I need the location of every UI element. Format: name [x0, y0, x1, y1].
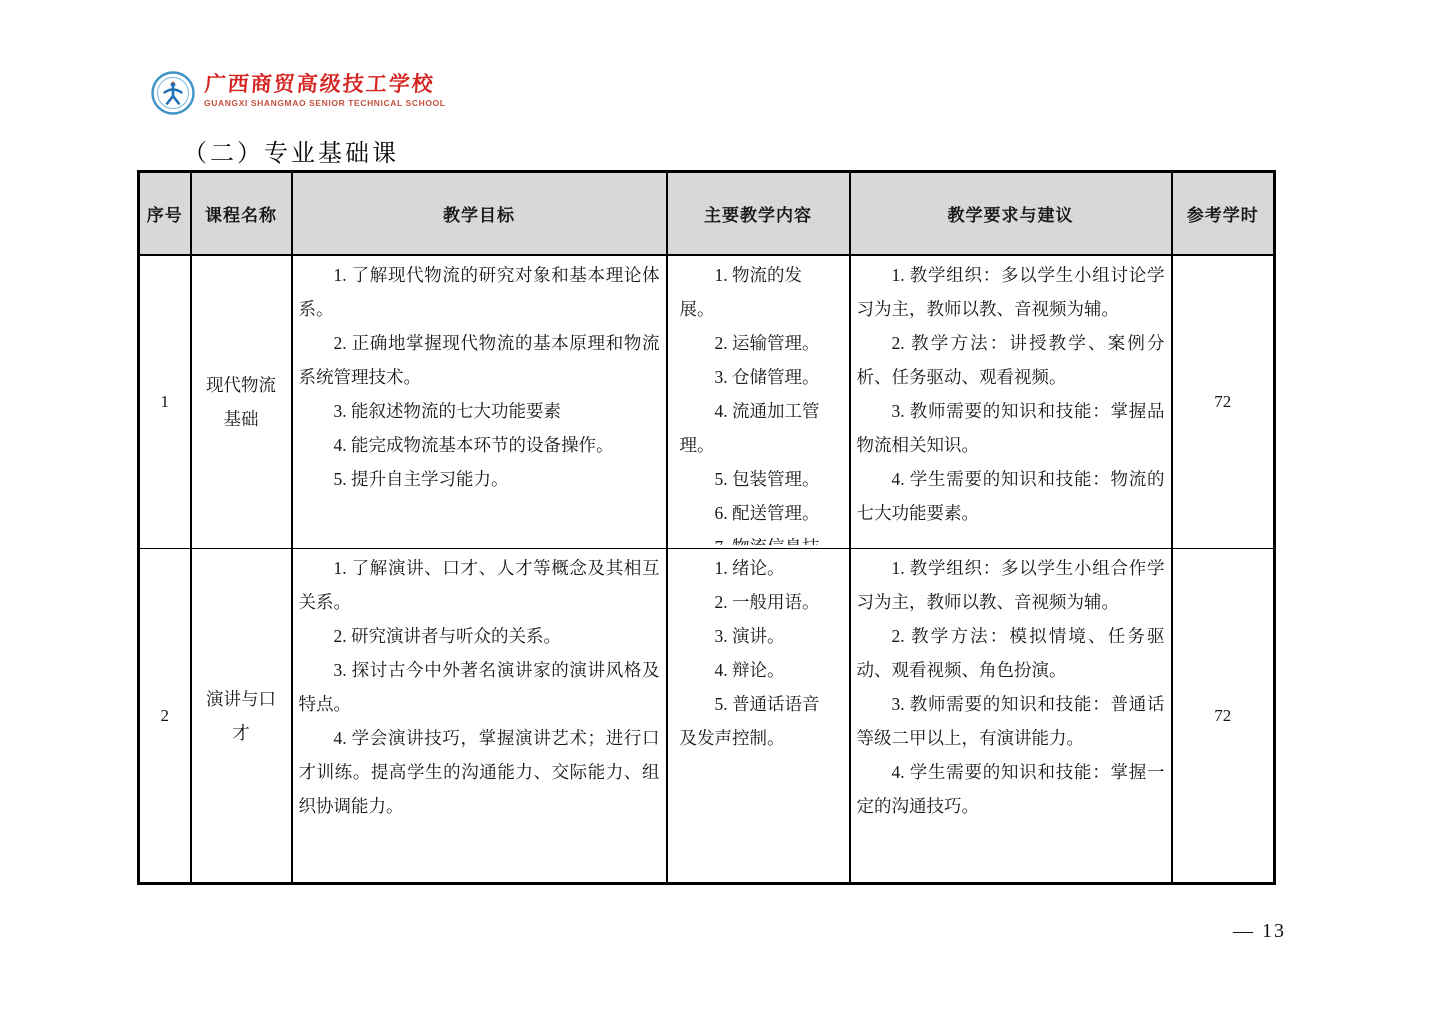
objective-item: 4. 学会演讲技巧，掌握演讲艺术；进行口才训练。提高学生的沟通能力、交际能力、组… — [299, 721, 660, 823]
col-header-course: 课程名称 — [191, 172, 292, 255]
content-item: 2. 运输管理。 — [680, 326, 837, 360]
content-item: 1. 物流的发展。 — [680, 258, 837, 326]
requirement-item: 2. 教学方法：讲授教学、案例分析、任务驱动、观看视频。 — [857, 326, 1165, 394]
requirement-item: 3. 教师需要的知识和技能：普通话等级二甲以上，有演讲能力。 — [857, 687, 1165, 755]
cell-row1-no: 1 — [139, 255, 191, 549]
content-item: 2. 一般用语。 — [680, 585, 837, 619]
cell-row2-requirements: 1. 教学组织：多以学生小组合作学习为主，教师以教、音视频为辅。2. 教学方法：… — [850, 549, 1172, 884]
content-item: 4. 流通加工管理。 — [680, 394, 837, 462]
cell-row2-objectives: 1. 了解演讲、口才、人才等概念及其相互关系。2. 研究演讲者与听众的关系。3.… — [292, 549, 667, 884]
school-name-en: GUANGXI SHANGMAO SENIOR TECHNICAL SCHOOL — [204, 98, 446, 108]
objective-item: 4. 能完成物流基本环节的设备操作。 — [299, 428, 660, 462]
content-item: 5. 普通话语音及发声控制。 — [680, 687, 837, 755]
school-logo: 广西商贸高级技工学校 GUANGXI SHANGMAO SENIOR TECHN… — [151, 71, 446, 115]
school-logo-text: 广西商贸高级技工学校 GUANGXI SHANGMAO SENIOR TECHN… — [204, 71, 446, 108]
objective-item: 3. 探讨古今中外著名演讲家的演讲风格及特点。 — [299, 653, 660, 721]
requirement-item: 1. 教学组织：多以学生小组合作学习为主，教师以教、音视频为辅。 — [857, 551, 1165, 619]
content-item: 7. 物流信息技术 — [680, 530, 837, 545]
cell-row1-hours: 72 — [1172, 255, 1275, 549]
objective-item: 1. 了解演讲、口才、人才等概念及其相互关系。 — [299, 551, 660, 619]
objective-item: 3. 能叙述物流的七大功能要素 — [299, 394, 660, 428]
document-page: 广西商贸高级技工学校 GUANGXI SHANGMAO SENIOR TECHN… — [0, 0, 1439, 1026]
content-item: 4. 辩论。 — [680, 653, 837, 687]
content-item: 1. 绪论。 — [680, 551, 837, 585]
objective-item: 1. 了解现代物流的研究对象和基本理论体系。 — [299, 258, 660, 326]
cell-row1-objectives: 1. 了解现代物流的研究对象和基本理论体系。2. 正确地掌握现代物流的基本原理和… — [292, 255, 667, 549]
table-header-row: 序号 课程名称 教学目标 主要教学内容 教学要求与建议 参考学时 — [139, 172, 1275, 255]
requirement-item: 3. 教师需要的知识和技能：掌握品物流相关知识。 — [857, 394, 1165, 462]
cell-row2-course: 演讲与口 才 — [191, 549, 292, 884]
cell-row2-content: 1. 绪论。2. 一般用语。3. 演讲。4. 辩论。5. 普通话语音及发声控制。 — [667, 549, 850, 884]
table-row-1: 1 现代物流 基础 1. 了解现代物流的研究对象和基本理论体系。2. 正确地掌握… — [139, 255, 1275, 549]
content-item: 3. 演讲。 — [680, 619, 837, 653]
table-row-2: 2 演讲与口 才 1. 了解演讲、口才、人才等概念及其相互关系。2. 研究演讲者… — [139, 549, 1275, 884]
requirement-item: 4. 学生需要的知识和技能：掌握一定的沟通技巧。 — [857, 755, 1165, 823]
section-heading: （二）专业基础课 — [183, 133, 399, 168]
objective-item: 2. 研究演讲者与听众的关系。 — [299, 619, 660, 653]
content-item: 6. 配送管理。 — [680, 496, 837, 530]
cell-row2-hours: 72 — [1172, 549, 1275, 884]
col-header-requirements: 教学要求与建议 — [850, 172, 1172, 255]
content-item: 3. 仓储管理。 — [680, 360, 837, 394]
requirement-item: 2. 教学方法：模拟情境、任务驱动、观看视频、角色扮演。 — [857, 619, 1165, 687]
objective-item: 5. 提升自主学习能力。 — [299, 462, 660, 496]
school-emblem-icon — [151, 71, 195, 115]
cell-row2-no: 2 — [139, 549, 191, 884]
content-item: 5. 包装管理。 — [680, 462, 837, 496]
course-table: 序号 课程名称 教学目标 主要教学内容 教学要求与建议 参考学时 1 现代物流 … — [137, 170, 1276, 885]
cell-row1-content: 1. 物流的发展。2. 运输管理。3. 仓储管理。4. 流通加工管理。5. 包装… — [667, 255, 850, 549]
school-name-zh: 广西商贸高级技工学校 — [204, 73, 447, 95]
col-header-no: 序号 — [139, 172, 191, 255]
objective-item: 2. 正确地掌握现代物流的基本原理和物流系统管理技术。 — [299, 326, 660, 394]
col-header-hours: 参考学时 — [1172, 172, 1275, 255]
requirement-item: 4. 学生需要的知识和技能：物流的七大功能要素。 — [857, 462, 1165, 530]
page-number: — 13 — [1233, 920, 1286, 943]
cell-row1-requirements: 1. 教学组织：多以学生小组讨论学习为主，教师以教、音视频为辅。2. 教学方法：… — [850, 255, 1172, 549]
col-header-objectives: 教学目标 — [292, 172, 667, 255]
cell-row1-course: 现代物流 基础 — [191, 255, 292, 549]
col-header-content: 主要教学内容 — [667, 172, 850, 255]
requirement-item: 1. 教学组织：多以学生小组讨论学习为主，教师以教、音视频为辅。 — [857, 258, 1165, 326]
